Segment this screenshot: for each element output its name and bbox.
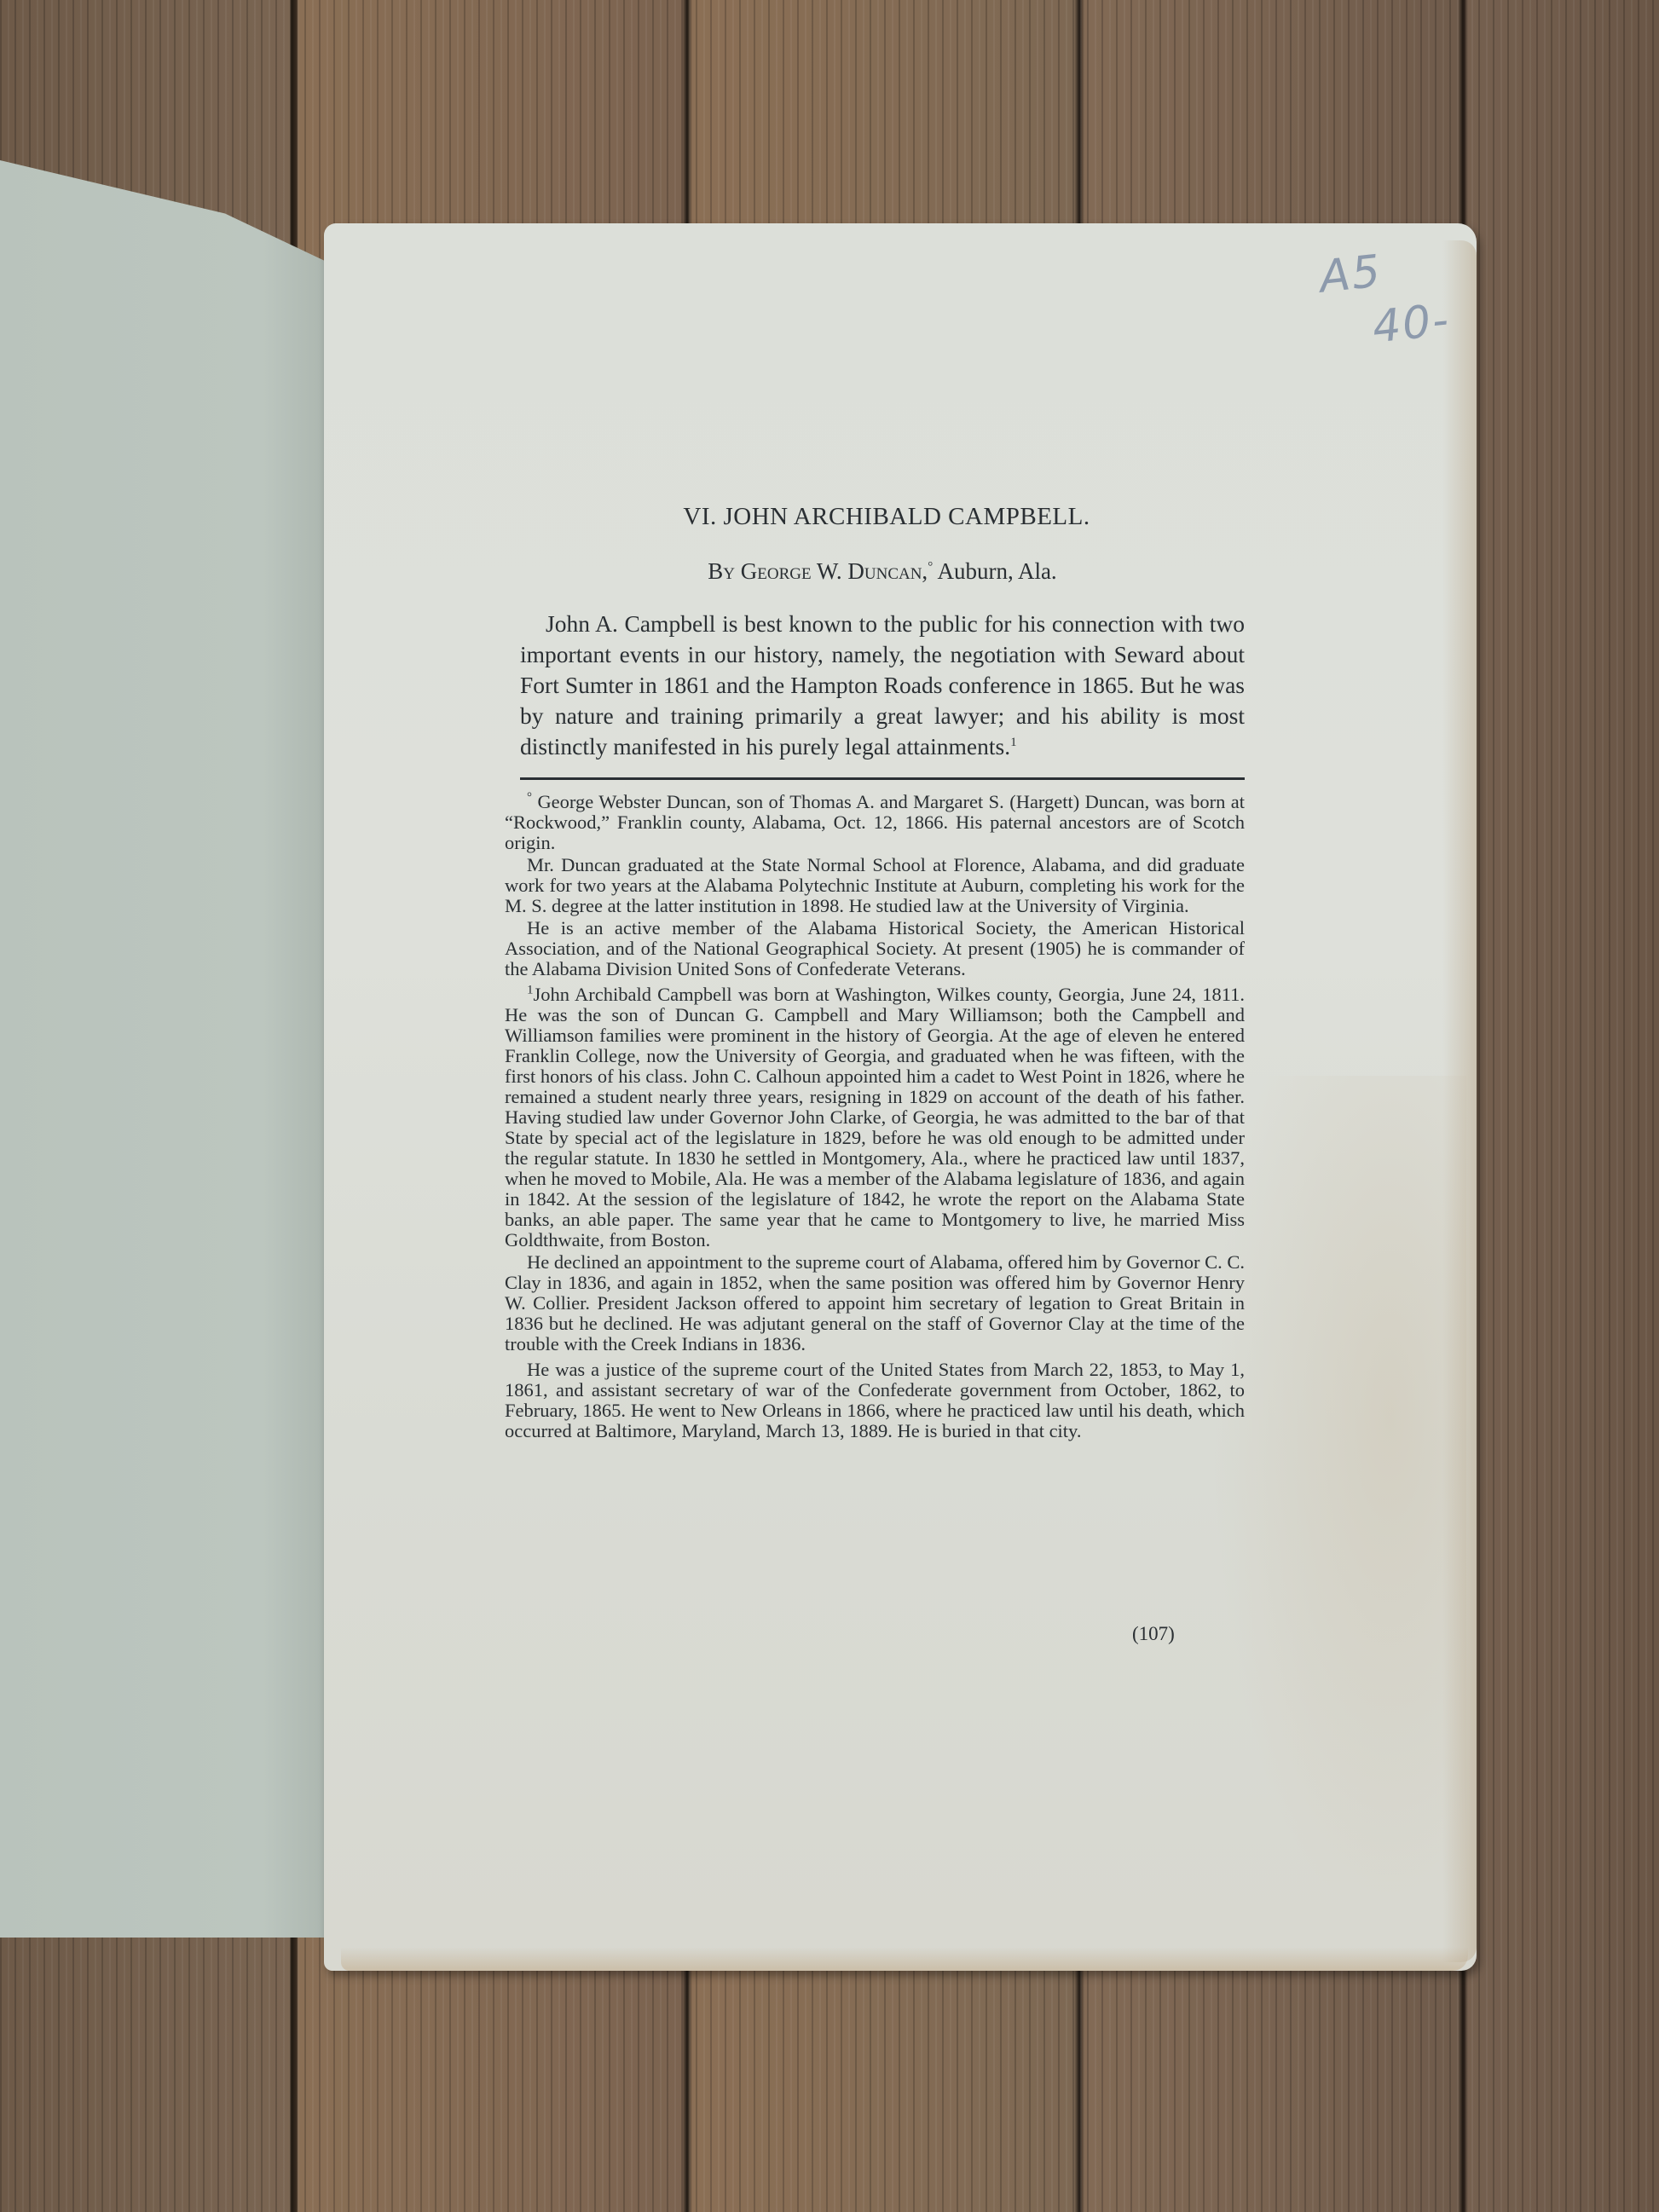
footnote-author-p1: ° George Webster Duncan, son of Thomas A… bbox=[505, 792, 1245, 853]
page-number: (107) bbox=[1132, 1623, 1175, 1645]
footnote-author-p2: Mr. Duncan graduated at the State Normal… bbox=[505, 855, 1245, 916]
footnote-text: John Archibald Campbell was born at Wash… bbox=[505, 984, 1245, 1250]
footnote-1-p2: He declined an appointment to the suprem… bbox=[505, 1252, 1245, 1354]
footnote-text: Mr. Duncan graduated at the State Normal… bbox=[505, 854, 1245, 916]
footnote-marker-degree: ° bbox=[527, 791, 532, 805]
footnote-marker-1: 1 bbox=[527, 984, 534, 997]
byline-author: George W. Duncan, bbox=[741, 558, 928, 584]
footnote-1-p1: 1John Archibald Campbell was born at Was… bbox=[505, 985, 1245, 1250]
footnote-text: He declined an appointment to the suprem… bbox=[505, 1251, 1245, 1354]
footnote-text: George Webster Duncan, son of Thomas A. … bbox=[505, 791, 1245, 853]
footnote-text: He was a justice of the supreme court of… bbox=[505, 1359, 1245, 1441]
byline-prefix: By bbox=[708, 558, 735, 584]
page-content: VI. JOHN ARCHIBALD CAMPBELL. By George W… bbox=[494, 503, 1245, 1443]
intro-footnote-ref: 1 bbox=[1010, 736, 1017, 749]
pencil-annotation-line-1: A5 bbox=[1317, 245, 1384, 303]
pencil-annotation-line-2: 40- bbox=[1370, 294, 1453, 353]
footnote-text: He is an active member of the Alabama Hi… bbox=[505, 917, 1245, 979]
author-footnote-marker: ° bbox=[928, 560, 933, 574]
footnote-divider bbox=[520, 777, 1245, 780]
intro-paragraph: John A. Campbell is best known to the pu… bbox=[520, 609, 1245, 762]
byline: By George W. Duncan,° Auburn, Ala. bbox=[520, 558, 1245, 585]
byline-location: Auburn, Ala. bbox=[937, 558, 1056, 584]
facing-cover-page bbox=[0, 160, 375, 1938]
footnotes: ° George Webster Duncan, son of Thomas A… bbox=[505, 792, 1245, 1441]
footnote-author-p3: He is an active member of the Alabama Hi… bbox=[505, 918, 1245, 979]
footnote-1-p3: He was a justice of the supreme court of… bbox=[505, 1360, 1245, 1441]
page-stain bbox=[1211, 1076, 1466, 1928]
article-title: VI. JOHN ARCHIBALD CAMPBELL. bbox=[529, 503, 1245, 531]
intro-text: John A. Campbell is best known to the pu… bbox=[520, 610, 1245, 759]
